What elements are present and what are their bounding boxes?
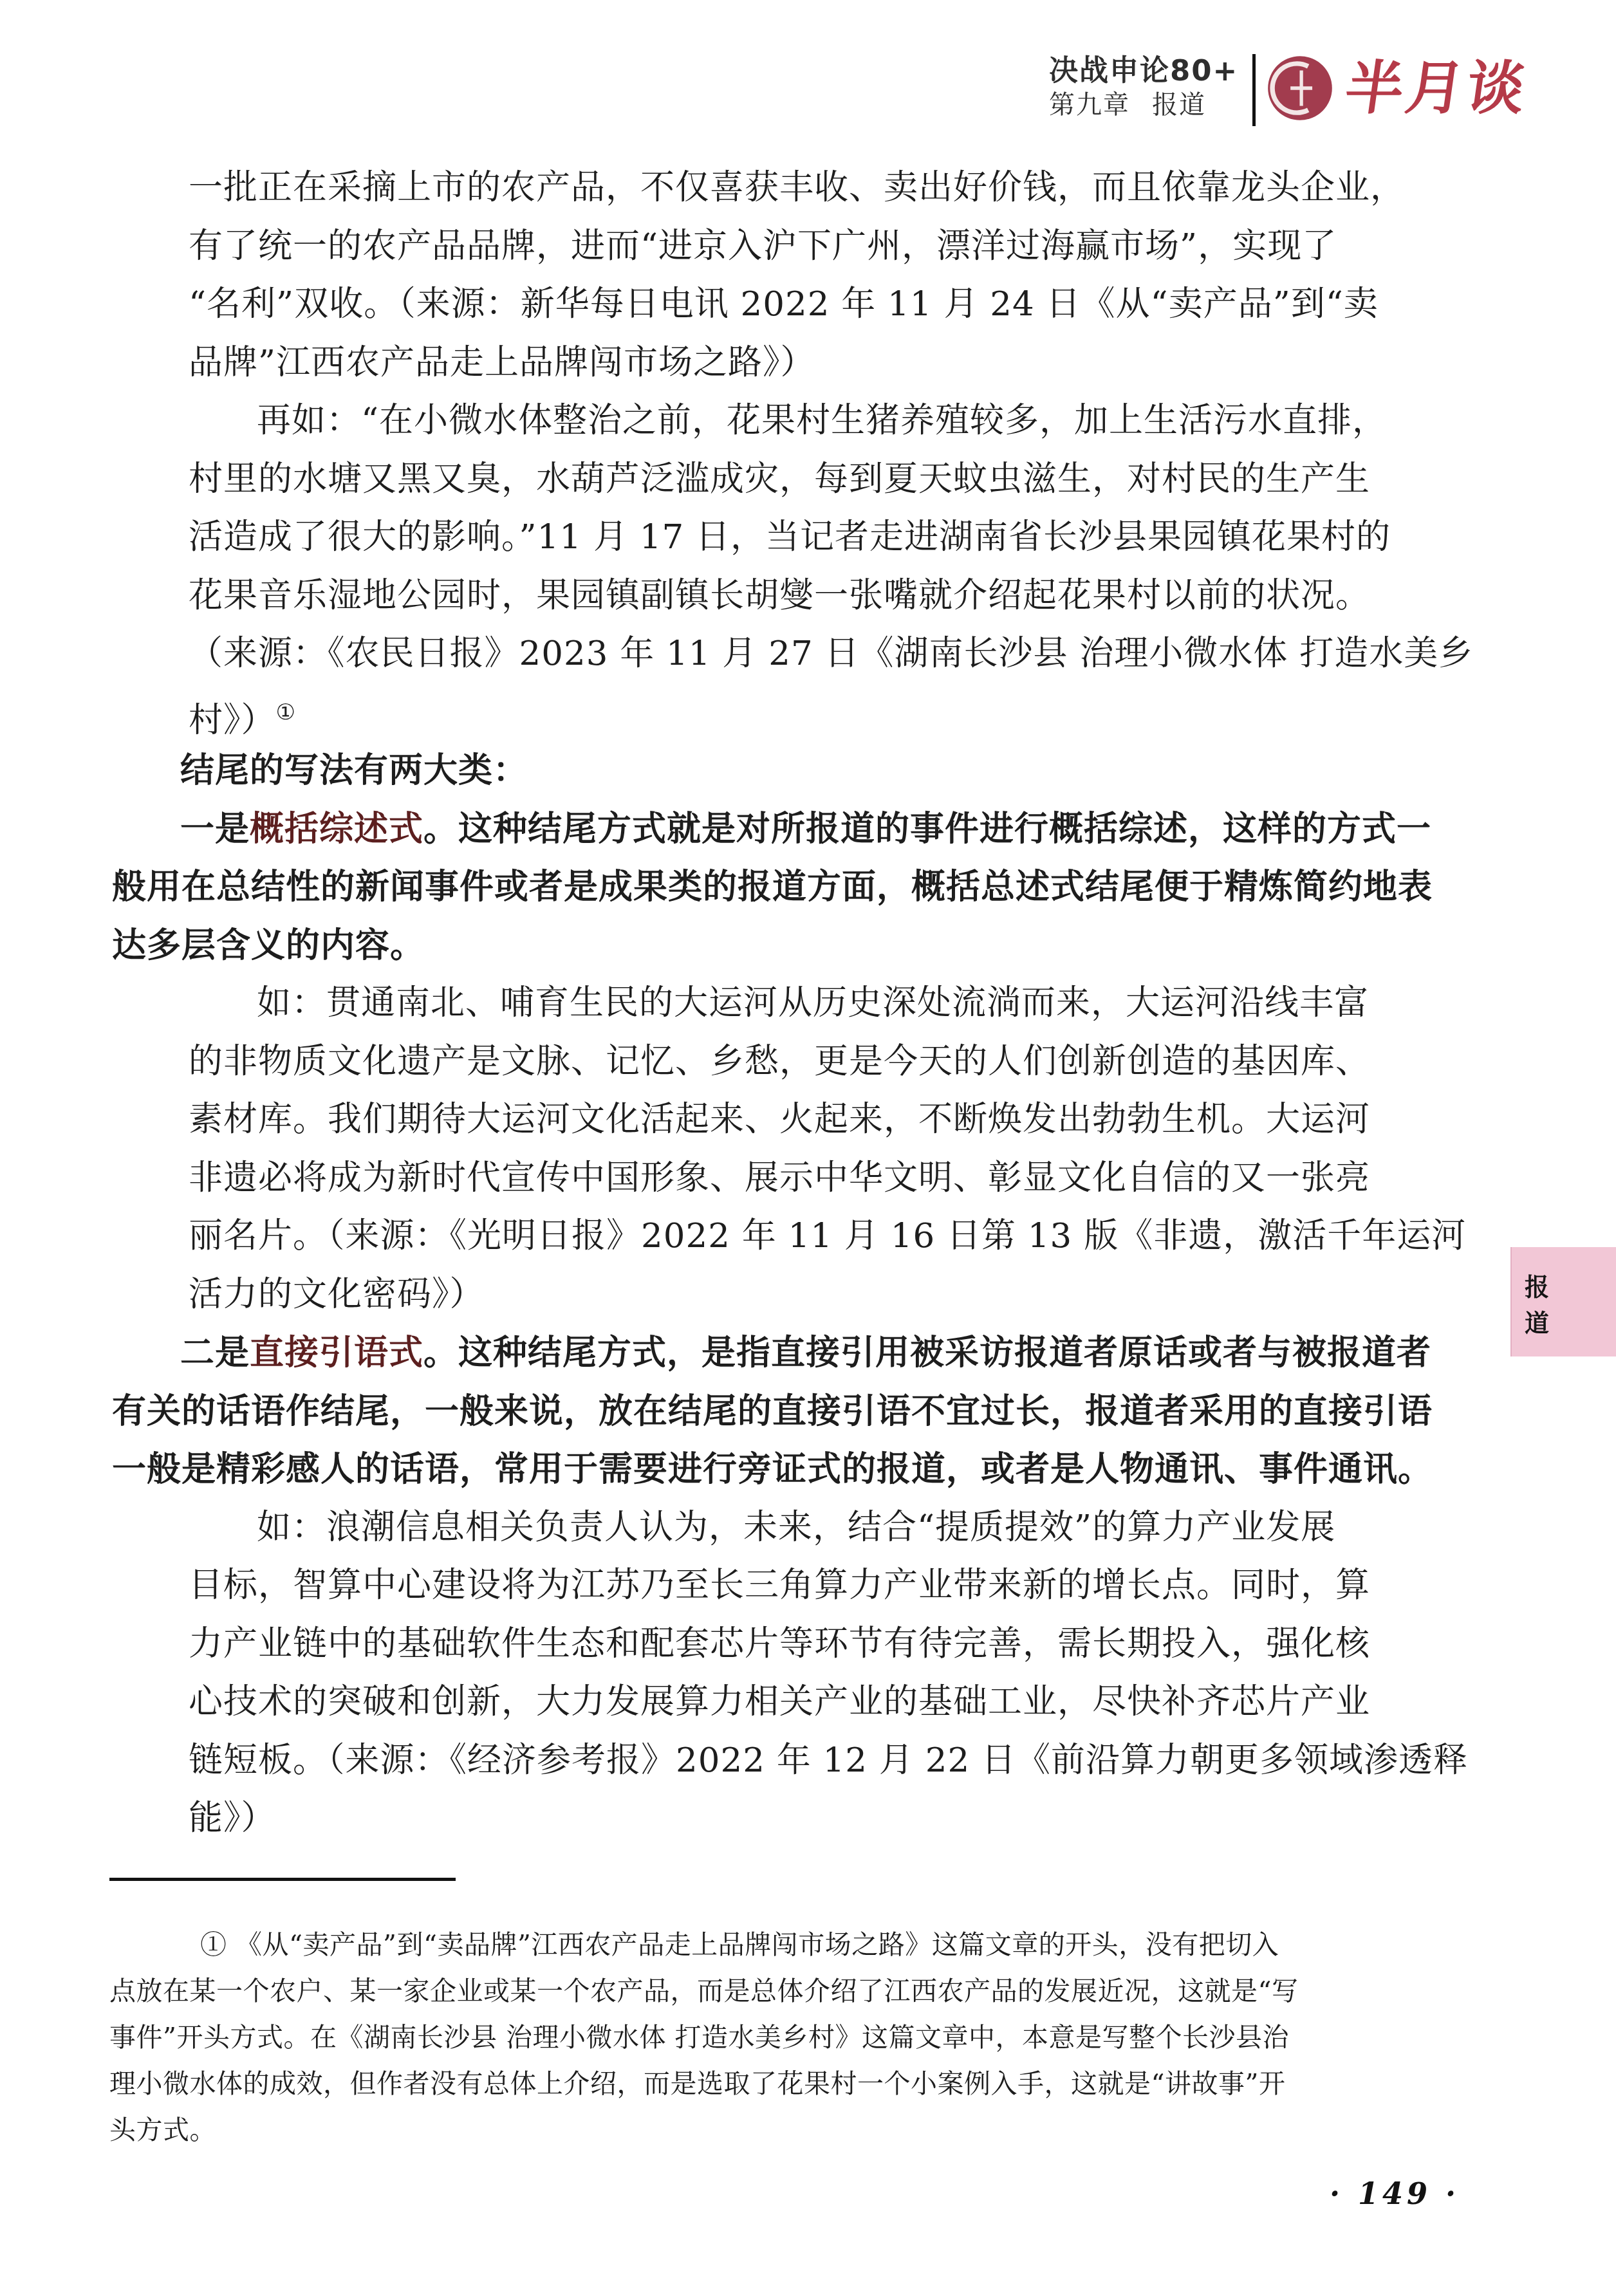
text-segment: （来源：《农民日报》2023 年 11 月 27 日《湖南长沙县 治理小微水体 …: [189, 634, 1473, 673]
page-header: 决战申论80+ 第九章报道 半月谈: [1049, 54, 1527, 126]
highlighted-term: 直接引语式: [250, 1333, 423, 1373]
body-line: 有了统一的农产品品牌，进而“进京入沪下广州，漂洋过海赢市场”，实现了: [189, 227, 1337, 266]
body-line: 目标，智算中心建设将为江苏乃至长三角算力产业带来新的增长点。同时，算: [189, 1566, 1370, 1605]
body-line: 活造成了很大的影响。”11 月 17 日，当记者走进湖南省长沙县果园镇花果村的: [189, 518, 1391, 557]
text-segment: 。这种结尾方式，是指直接引用被采访报道者原话或者与被报道者: [423, 1333, 1431, 1373]
chapter-label: 第九章: [1049, 90, 1130, 120]
text-segment: 理小微水体的成效，但作者没有总体上介绍，而是选取了花果村一个小案例入手，这就是“…: [109, 2068, 1285, 2099]
text-segment: 有了统一的农产品品牌，进而“进京入沪下广州，漂洋过海赢市场”，实现了: [189, 227, 1337, 266]
brand-block: 半月谈: [1266, 54, 1527, 122]
text-segment: 村里的水塘又黑又臭，水葫芦泛滥成灾，每到夏天蚊虫滋生，对村民的生产生: [189, 459, 1370, 499]
crescent-circle-logo-icon: [1266, 54, 1334, 122]
text-segment: 再如：“在小微水体整治之前，花果村生猪养殖较多，加上生活污水直排，: [257, 401, 1387, 440]
body-line: 链短板。（来源：《经济参考报》2022 年 12 月 22 日《前沿算力朝更多领…: [189, 1741, 1468, 1780]
text-segment: 目标，智算中心建设将为江苏乃至长三角算力产业带来新的增长点。同时，算: [189, 1566, 1370, 1605]
body-line: （来源：《农民日报》2023 年 11 月 27 日《湖南长沙县 治理小微水体 …: [189, 634, 1473, 673]
body-line: 如：贯通南北、哺育生民的大运河从历史深处流淌而来，大运河沿线丰富: [257, 984, 1369, 1023]
body-line: 能》）: [189, 1799, 276, 1838]
highlighted-term: 概括综述式: [250, 809, 423, 849]
text-segment: 达多层含义的内容。: [112, 925, 425, 965]
text-segment: 花果音乐湿地公园时，果园镇副镇长胡燮一张嘴就介绍起花果村以前的状况。: [189, 576, 1370, 615]
text-segment: 事件”开头方式。在《湖南长沙县 治理小微水体 打造水美乡村》这篇文章中，本意是写…: [109, 2022, 1289, 2053]
text-segment: 的非物质文化遗产是文脉、记忆、乡愁，更是今天的人们创新创造的基因库、: [189, 1042, 1370, 1081]
text-segment: 一是: [180, 809, 250, 849]
section-label: 报道: [1152, 90, 1206, 120]
body-line: 素材库。我们期待大运河文化活起来、火起来，不断焕发出勃勃生机。大运河: [189, 1100, 1370, 1139]
footnote-line: 点放在某一个农户、某一家企业或某一个农产品，而是总体介绍了江西农产品的发展近况，…: [109, 1972, 1298, 2010]
body-line: 村》）①: [189, 693, 296, 740]
text-segment: 一般是精彩感人的话语，常用于需要进行旁证式的报道，或者是人物通讯、事件通讯。: [112, 1449, 1433, 1489]
body-line: 花果音乐湿地公园时，果园镇副镇长胡燮一张嘴就介绍起花果村以前的状况。: [189, 577, 1370, 615]
text-segment: 一批正在采摘上市的农产品，不仅喜获丰收、卖出好价钱，而且依靠龙头企业，: [189, 168, 1405, 207]
text-segment: 素材库。我们期待大运河文化活起来、火起来，不断焕发出勃勃生机。大运河: [189, 1100, 1370, 1139]
footnote-separator: [109, 1878, 456, 1881]
chapter-side-tab: 报 道: [1510, 1247, 1616, 1356]
body-line: 达多层含义的内容。: [112, 926, 425, 965]
body-line: 结尾的写法有两大类：: [180, 751, 528, 790]
body-line: 的非物质文化遗产是文脉、记忆、乡愁，更是今天的人们创新创造的基因库、: [189, 1042, 1370, 1081]
footnote-line: 事件”开头方式。在《湖南长沙县 治理小微水体 打造水美乡村》这篇文章中，本意是写…: [109, 2018, 1289, 2057]
text-segment: 能》）: [189, 1799, 276, 1838]
text-segment: 活造成了很大的影响。”11 月 17 日，当记者走进湖南省长沙县果园镇花果村的: [189, 517, 1391, 557]
body-line: 一是概括综述式。这种结尾方式就是对所报道的事件进行概括综述，这样的方式一: [180, 810, 1431, 848]
body-line: 般用在总结性的新闻事件或者是成果类的报道方面，概括总述式结尾便于精炼简约地表: [112, 867, 1433, 906]
text-segment: 非遗必将成为新时代宣传中国形象、展示中华文明、彰显文化自信的又一张亮: [189, 1158, 1370, 1198]
body-line: 如：浪潮信息相关负责人认为，未来，结合“提质提效”的算力产业发展: [257, 1508, 1335, 1547]
body-line: 二是直接引语式。这种结尾方式，是指直接引用被采访报道者原话或者与被报道者: [180, 1333, 1431, 1372]
text-segment: ① 《从“卖产品”到“卖品牌”江西农产品走上品牌闯市场之路》这篇文章的开头，没有…: [200, 1929, 1279, 1960]
body-line: 一批正在采摘上市的农产品，不仅喜获丰收、卖出好价钱，而且依靠龙头企业，: [189, 169, 1405, 207]
footnote-marker: ①: [276, 699, 296, 725]
brand-name: 半月谈: [1341, 54, 1532, 122]
body-line: 品牌”江西农产品走上品牌闯市场之路》）: [189, 344, 815, 382]
chapter-line: 第九章报道: [1049, 89, 1238, 121]
page-number: · 149 ·: [1330, 2176, 1460, 2211]
text-segment: 有关的话语作结尾，一般来说，放在结尾的直接引语不宜过长，报道者采用的直接引语: [112, 1391, 1433, 1431]
body-line: 有关的话语作结尾，一般来说，放在结尾的直接引语不宜过长，报道者采用的直接引语: [112, 1392, 1433, 1430]
body-line: 一般是精彩感人的话语，常用于需要进行旁证式的报道，或者是人物通讯、事件通讯。: [112, 1450, 1433, 1488]
body-line: 非遗必将成为新时代宣传中国形象、展示中华文明、彰显文化自信的又一张亮: [189, 1159, 1370, 1198]
body-line: 活力的文化密码》）: [189, 1275, 485, 1314]
header-titles: 决战申论80+ 第九章报道: [1049, 54, 1238, 121]
footnote-line: 头方式。: [109, 2111, 216, 2149]
body-line: 心技术的突破和创新，大力发展算力相关产业的基础工业，尽快补齐芯片产业: [189, 1683, 1370, 1721]
footnote-line: 理小微水体的成效，但作者没有总体上介绍，而是选取了花果村一个小案例入手，这就是“…: [109, 2064, 1285, 2103]
side-tab-char-2: 道: [1525, 1305, 1549, 1341]
header-divider: [1252, 54, 1256, 126]
text-segment: 心技术的突破和创新，大力发展算力相关产业的基础工业，尽快补齐芯片产业: [189, 1682, 1370, 1721]
text-segment: “名利”双收。（来源：新华每日电讯 2022 年 11 月 24 日《从“卖产品…: [189, 284, 1379, 324]
text-segment: 链短板。（来源：《经济参考报》2022 年 12 月 22 日《前沿算力朝更多领…: [189, 1741, 1468, 1780]
text-segment: 般用在总结性的新闻事件或者是成果类的报道方面，概括总述式结尾便于精炼简约地表: [112, 867, 1433, 907]
text-segment: 丽名片。（来源：《光明日报》2022 年 11 月 16 日第 13 版《非遗，…: [189, 1216, 1466, 1255]
footnote-line: ① 《从“卖产品”到“卖品牌”江西农产品走上品牌闯市场之路》这篇文章的开头，没有…: [200, 1925, 1279, 1964]
text-segment: 点放在某一个农户、某一家企业或某一个农产品，而是总体介绍了江西农产品的发展近况，…: [109, 1976, 1298, 2006]
text-segment: 二是: [180, 1333, 250, 1373]
body-line: 丽名片。（来源：《光明日报》2022 年 11 月 16 日第 13 版《非遗，…: [189, 1217, 1466, 1255]
body-line: 村里的水塘又黑又臭，水葫芦泛滥成灾，每到夏天蚊虫滋生，对村民的生产生: [189, 460, 1370, 499]
text-segment: 头方式。: [109, 2115, 216, 2145]
body-line: 力产业链中的基础软件生态和配套芯片等环节有待完善，需长期投入，强化核: [189, 1625, 1370, 1663]
side-tab-vertical-label: 报 道: [1525, 1269, 1549, 1341]
text-segment: 如：浪潮信息相关负责人认为，未来，结合“提质提效”的算力产业发展: [257, 1508, 1335, 1547]
text-segment: 村》）: [189, 700, 276, 739]
text-segment: 力产业链中的基础软件生态和配套芯片等环节有待完善，需长期投入，强化核: [189, 1624, 1370, 1663]
text-segment: 。这种结尾方式就是对所报道的事件进行概括综述，这样的方式一: [423, 809, 1431, 849]
text-segment: 活力的文化密码》）: [189, 1275, 485, 1314]
text-segment: 如：贯通南北、哺育生民的大运河从历史深处流淌而来，大运河沿线丰富: [257, 983, 1369, 1023]
text-segment: 结尾的写法有两大类：: [180, 750, 528, 790]
body-line: “名利”双收。（来源：新华每日电讯 2022 年 11 月 24 日《从“卖产品…: [189, 285, 1379, 324]
text-segment: 品牌”江西农产品走上品牌闯市场之路》）: [189, 343, 815, 382]
side-tab-char-1: 报: [1525, 1269, 1549, 1305]
body-line: 再如：“在小微水体整治之前，花果村生猪养殖较多，加上生活污水直排，: [257, 402, 1387, 440]
book-page: { "header": { "series_title": "决战申论80+",…: [0, 0, 1616, 2296]
series-title: 决战申论80+: [1049, 54, 1238, 88]
